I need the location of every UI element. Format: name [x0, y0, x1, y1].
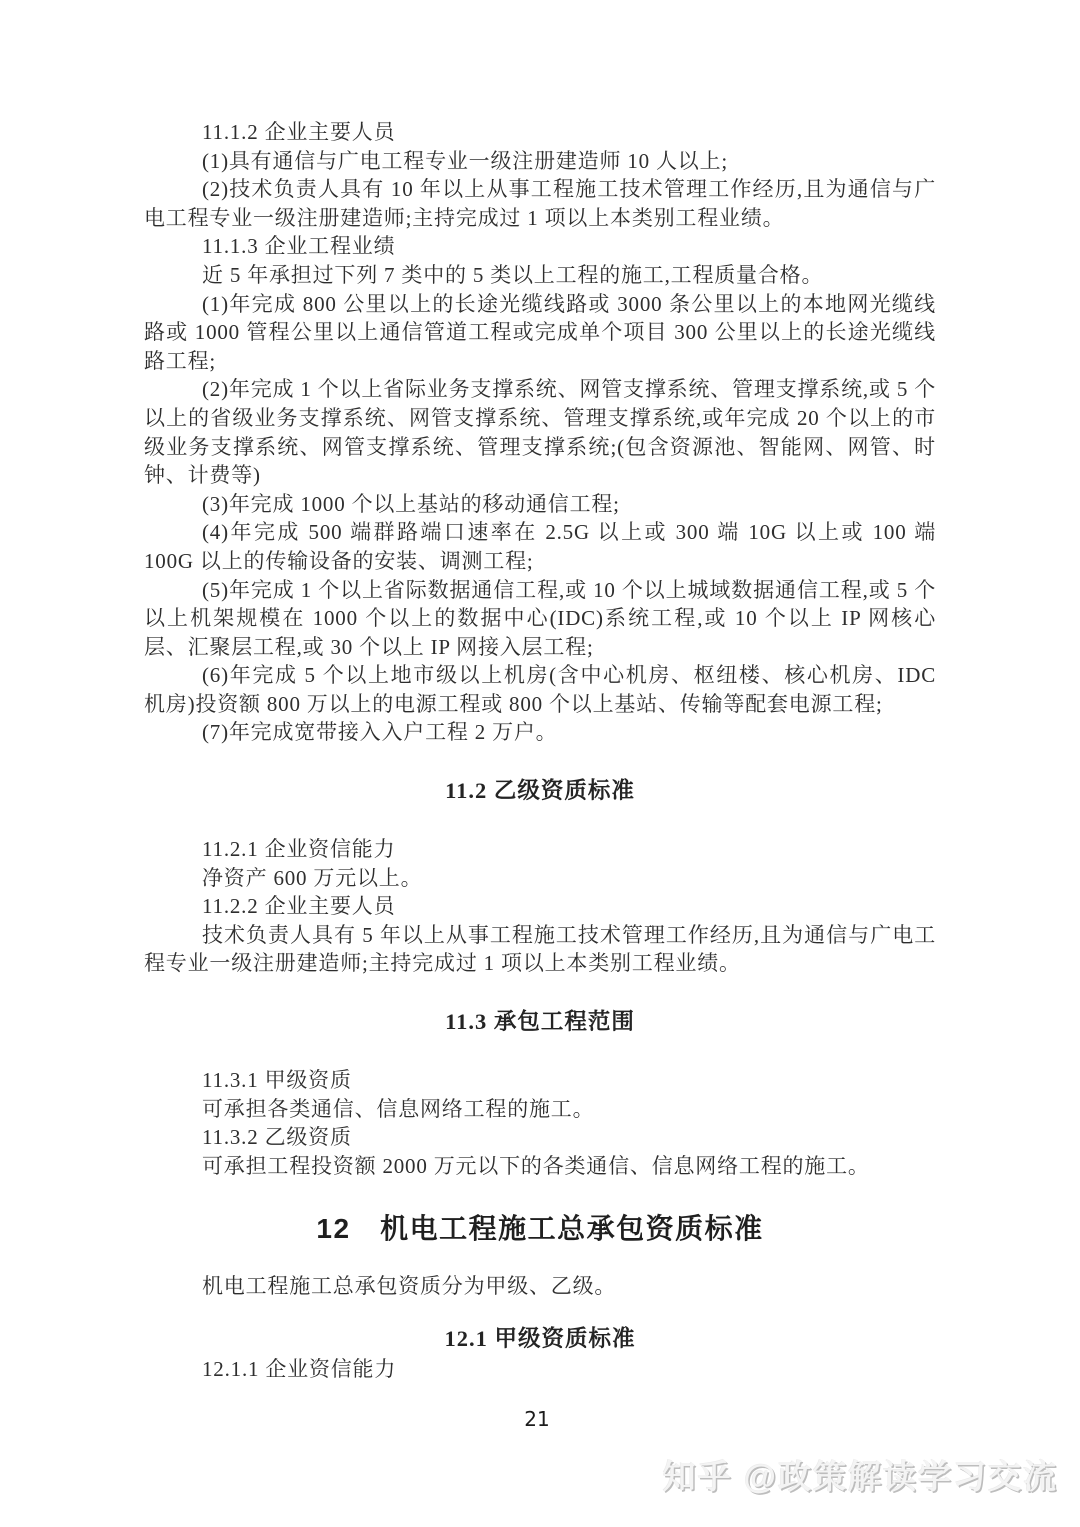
document-page: 11.1.2 企业主要人员 (1)具有通信与广电工程专业一级注册建造师 10 人… — [0, 0, 1080, 1527]
heading-11-2-2: 11.2.2 企业主要人员 — [144, 892, 936, 921]
text-11-2-2: 技术负责人具有 5 年以上从事工程施工技术管理工作经历,且为通信与广电工程专业一… — [144, 921, 936, 978]
intro-12: 机电工程施工总承包资质分为甲级、乙级。 — [144, 1272, 936, 1301]
document-content: 11.1.2 企业主要人员 (1)具有通信与广电工程专业一级注册建造师 10 人… — [144, 118, 936, 1384]
watermark: 知乎 @政策解读学习交流 — [663, 1456, 1058, 1498]
text-11-3-1: 可承担各类通信、信息网络工程的施工。 — [144, 1095, 936, 1124]
heading-11-3-1: 11.3.1 甲级资质 — [144, 1066, 936, 1095]
item-11-1-3-7: (7)年完成宽带接入入户工程 2 万户。 — [144, 718, 936, 747]
item-11-1-3-5: (5)年完成 1 个以上省际数据通信工程,或 10 个以上城域数据通信工程,或 … — [144, 576, 936, 662]
text-11-3-2: 可承担工程投资额 2000 万元以下的各类通信、信息网络工程的施工。 — [144, 1152, 936, 1181]
section-heading-12-1: 12.1 甲级资质标准 — [144, 1325, 936, 1353]
heading-11-1-3: 11.1.3 企业工程业绩 — [144, 232, 936, 261]
heading-11-2-1: 11.2.1 企业资信能力 — [144, 835, 936, 864]
item-11-1-3-3: (3)年完成 1000 个以上基站的移动通信工程; — [144, 490, 936, 519]
section-heading-11-3: 11.3 承包工程范围 — [144, 1008, 936, 1036]
item-11-1-2-2: (2)技术负责人具有 10 年以上从事工程施工技术管理工作经历,且为通信与广电工… — [144, 175, 936, 232]
item-11-1-3-1: (1)年完成 800 公里以上的长途光缆线路或 3000 条公里以上的本地网光缆… — [144, 290, 936, 376]
intro-11-1-3: 近 5 年承担过下列 7 类中的 5 类以上工程的施工,工程质量合格。 — [144, 261, 936, 290]
heading-12-1-1: 12.1.1 企业资信能力 — [144, 1355, 936, 1384]
heading-11-3-2: 11.3.2 乙级资质 — [144, 1123, 936, 1152]
item-11-1-3-4: (4)年完成 500 端群路端口速率在 2.5G 以上或 300 端 10G 以… — [144, 518, 936, 575]
heading-11-1-2: 11.1.2 企业主要人员 — [144, 118, 936, 147]
text-11-2-1: 净资产 600 万元以上。 — [144, 864, 936, 893]
chapter-heading-12: 12 机电工程施工总承包资质标准 — [144, 1210, 936, 1248]
page-number: 21 — [0, 1406, 1074, 1432]
item-11-1-2-1: (1)具有通信与广电工程专业一级注册建造师 10 人以上; — [144, 147, 936, 176]
item-11-1-3-2: (2)年完成 1 个以上省际业务支撑系统、网管支撑系统、管理支撑系统,或 5 个… — [144, 375, 936, 489]
section-heading-11-2: 11.2 乙级资质标准 — [144, 777, 936, 805]
item-11-1-3-6: (6)年完成 5 个以上地市级以上机房(含中心机房、枢纽楼、核心机房、IDC 机… — [144, 661, 936, 718]
